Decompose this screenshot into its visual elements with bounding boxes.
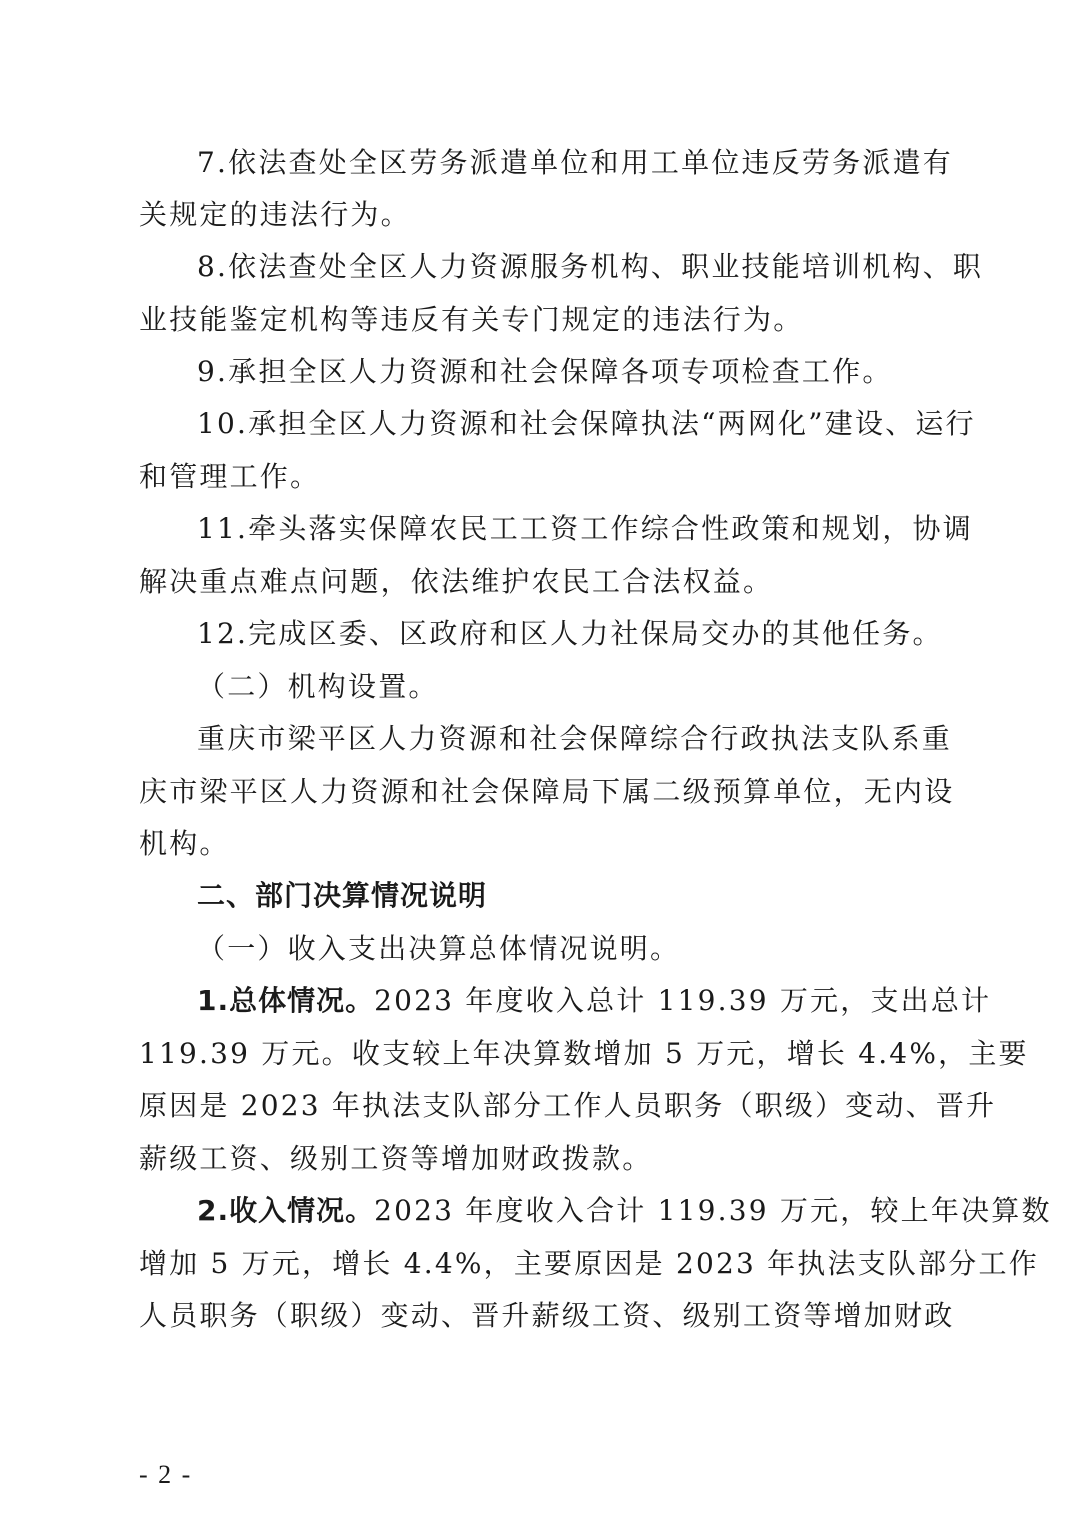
paragraph-label-income: 2.收入情况。 <box>197 1194 374 1227</box>
paragraph-label-overall: 1.总体情况。 <box>197 984 374 1017</box>
text-line: 庆市梁平区人力资源和社会保障局下属二级预算单位，无内设 <box>139 772 931 812</box>
text-line: 10.承担全区人力资源和社会保障执法“两网化”建设、运行 <box>197 404 931 444</box>
paragraph-text: 2023 年度收入合计 119.39 万元，较上年决算数 <box>374 1194 1052 1227</box>
paragraph-line: 增加 5 万元，增长 4.4%，主要原因是 2023 年执法支队部分工作 <box>139 1244 931 1284</box>
text-line: 8.依法查处全区人力资源服务机构、职业技能培训机构、职 <box>197 247 931 287</box>
text-line: 业技能鉴定机构等违反有关专门规定的违法行为。 <box>139 300 931 340</box>
text-line: 9.承担全区人力资源和社会保障各项专项检查工作。 <box>197 352 931 392</box>
paragraph-line: 119.39 万元。收支较上年决算数增加 5 万元，增长 4.4%，主要 <box>139 1034 931 1074</box>
subsection-heading: （一）收入支出决算总体情况说明。 <box>197 929 931 969</box>
text-line: 7.依法查处全区劳务派遣单位和用工单位违反劳务派遣有 <box>197 143 931 183</box>
page-number: - 2 - <box>139 1458 192 1492</box>
text-line: （二）机构设置。 <box>197 667 931 707</box>
text-line: 解决重点难点问题，依法维护农民工合法权益。 <box>139 562 931 602</box>
text-line: 11.牵头落实保障农民工工资工作综合性政策和规划，协调 <box>197 509 931 549</box>
document-page: 7.依法查处全区劳务派遣单位和用工单位违反劳务派遣有关规定的违法行为。8.依法查… <box>0 0 1069 1515</box>
paragraph-line: 原因是 2023 年执法支队部分工作人员职务（职级）变动、晋升 <box>139 1086 931 1126</box>
paragraph-line: 人员职务（职级）变动、晋升薪级工资、级别工资等增加财政 <box>139 1296 931 1336</box>
section-heading: 二、部门决算情况说明 <box>197 876 931 916</box>
text-line: 12.完成区委、区政府和区人力社保局交办的其他任务。 <box>197 614 931 654</box>
text-line: 关规定的违法行为。 <box>139 195 931 235</box>
paragraph-overall-first-line: 1.总体情况。2023 年度收入总计 119.39 万元，支出总计 <box>197 981 931 1021</box>
text-line: 和管理工作。 <box>139 457 931 497</box>
text-line: 重庆市梁平区人力资源和社会保障综合行政执法支队系重 <box>197 719 931 759</box>
paragraph-line: 薪级工资、级别工资等增加财政拨款。 <box>139 1139 931 1179</box>
paragraph-income-first-line: 2.收入情况。2023 年度收入合计 119.39 万元，较上年决算数 <box>197 1191 931 1231</box>
paragraph-text: 2023 年度收入总计 119.39 万元，支出总计 <box>374 984 991 1017</box>
text-line: 机构。 <box>139 824 931 864</box>
